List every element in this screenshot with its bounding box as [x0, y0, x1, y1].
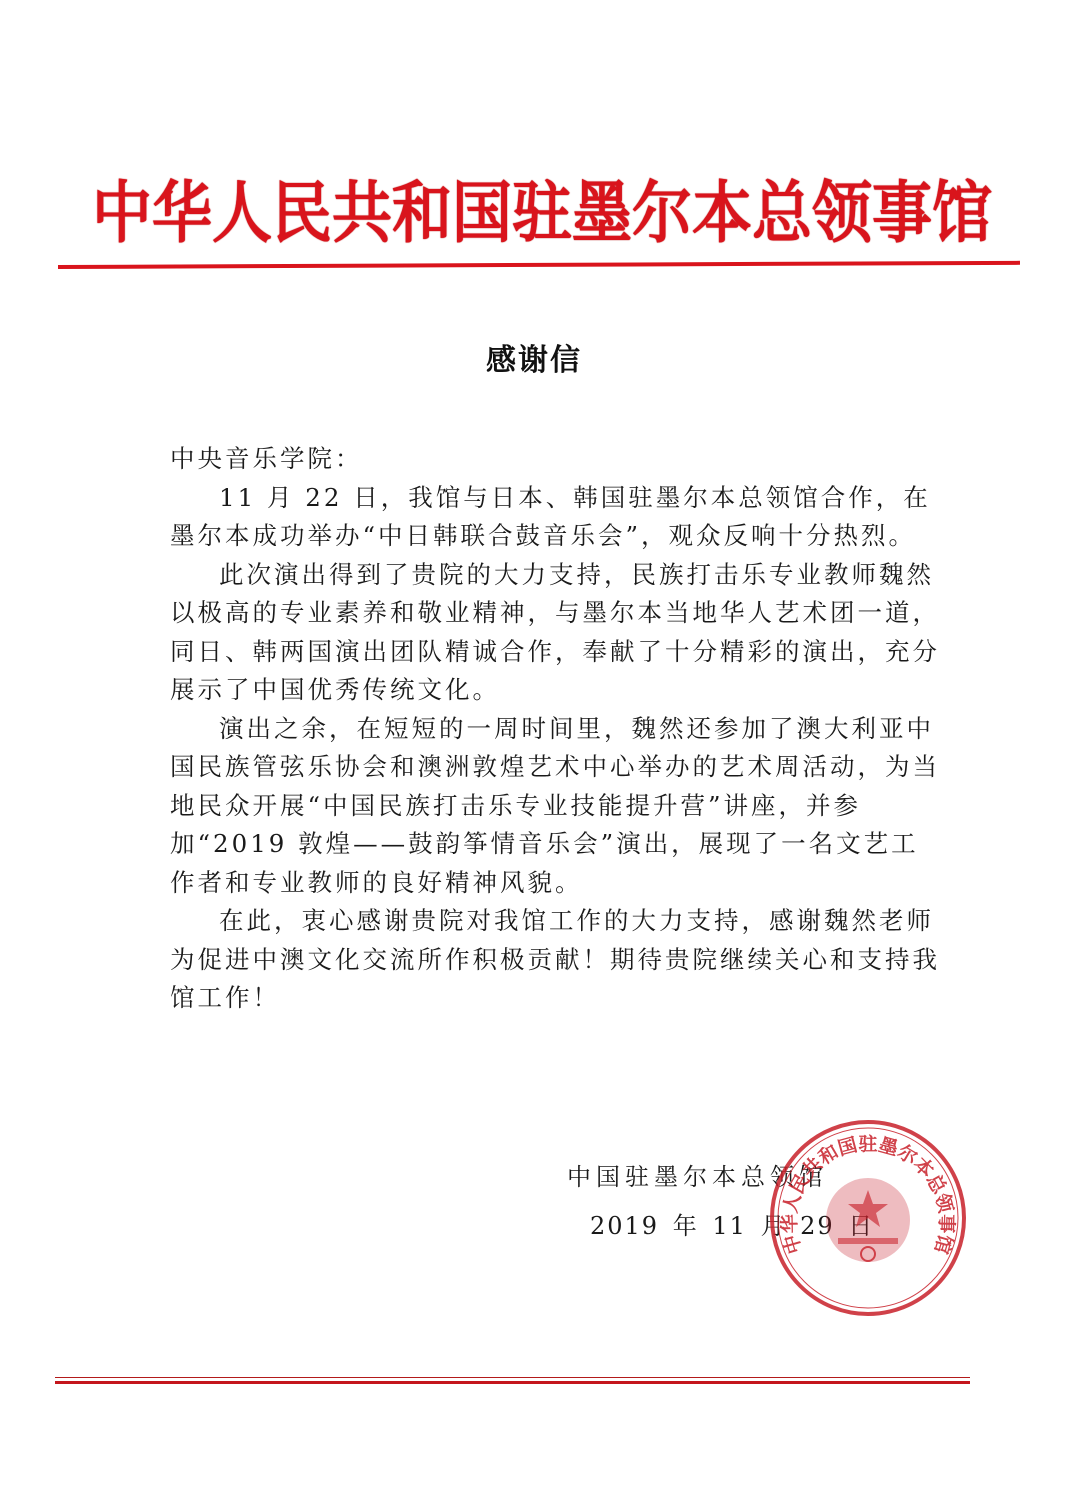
footer-divider	[55, 1377, 970, 1385]
paragraph: 此次演出得到了贵院的大力支持，民族打击乐专业教师魏然以极高的专业素养和敬业精神，…	[170, 556, 945, 710]
paragraph: 在此，衷心感谢贵院对我馆工作的大力支持，感谢魏然老师为促进中澳文化交流所作积极贡…	[170, 902, 945, 1018]
letterhead-org-name: 中华人民共和国驻墨尔本总领事馆	[92, 160, 962, 256]
paragraph: 演出之余，在短短的一周时间里，魏然还参加了澳大利亚中国民族管弦乐协会和澳洲敦煌艺…	[170, 710, 945, 903]
letter-body: 中央音乐学院： 11 月 22 日，我馆与日本、韩国驻墨尔本总领馆合作，在墨尔本…	[170, 440, 945, 1018]
letter-title: 感谢信	[0, 335, 1068, 379]
official-seal-icon: 中华人民共和国驻墨尔本总领事馆	[768, 1118, 968, 1318]
paragraph: 11 月 22 日，我馆与日本、韩国驻墨尔本总领馆合作，在墨尔本成功举办“中日韩…	[170, 479, 945, 556]
salutation: 中央音乐学院：	[170, 440, 945, 479]
letterhead-divider	[58, 261, 1020, 269]
